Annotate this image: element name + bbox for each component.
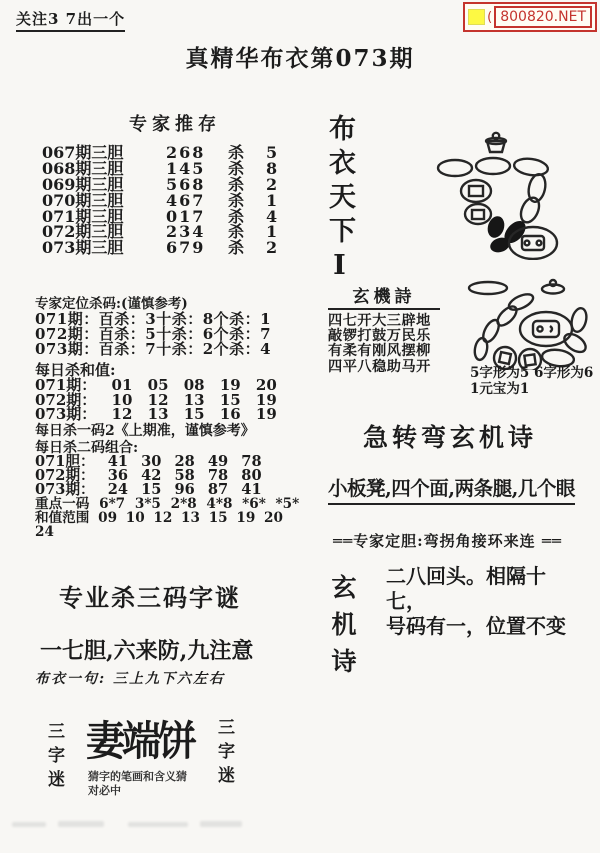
- mystery-poem-text: 二八回头。相隔十七， 号码有一，位置不变: [386, 564, 571, 639]
- kill-label: 杀: [228, 240, 266, 256]
- poem-line: 四平八稳助马开: [328, 360, 440, 375]
- three-char-riddle-label-right: 三字迷: [212, 718, 237, 790]
- sharp-turn-title: 急转弯玄机诗: [305, 418, 595, 454]
- coin-figure-seven: [424, 128, 566, 260]
- note-line: 猜字的笔画和含义猜: [88, 770, 187, 784]
- caption-line: 1元宝为1: [470, 382, 593, 398]
- mystery-line: 号码有一，位置不变: [386, 614, 571, 639]
- print-artifact: [200, 821, 242, 827]
- table-row: 073期三胆 679 杀 2: [42, 240, 292, 256]
- position-kill-row: 073期：百杀：7十杀：2个杀：4: [35, 342, 310, 357]
- three-char-riddle-label-left: 三字迷: [42, 722, 67, 794]
- brand-vertical-title: 布衣天下I: [320, 114, 359, 288]
- yellow-square-icon: [468, 9, 485, 25]
- daily-sum-kill-row: 073期： 12 13 15 16 19: [35, 407, 310, 422]
- kill-number: 2: [266, 240, 292, 256]
- poem-line: 四七开大三辟地: [328, 314, 440, 329]
- xuanji-poem-header: 玄機詩: [328, 282, 440, 310]
- figure-caption: 5字形为5 6字形为6 1元宝为1: [470, 366, 593, 397]
- expert-recommend-header: 专家推存: [90, 110, 260, 136]
- expert-recommend-table: 067期三胆 268 杀 5 068期三胆 145 杀 8 069期三胆 568…: [42, 145, 292, 256]
- kill-three-title: 专业杀三码字谜: [30, 578, 270, 613]
- kill-three-riddle: 一七胆,六来防,九注意: [40, 634, 280, 665]
- print-artifact: [12, 822, 46, 827]
- site-url-label: 800820.NET: [494, 6, 592, 28]
- period-cell: 073期三胆: [42, 240, 166, 256]
- expert-banner: ══专家定胆:弯拐角接环来连 ══: [300, 530, 595, 551]
- poem-line: 有柔有刚风摆柳: [328, 344, 440, 359]
- number-cell: 679: [166, 240, 228, 256]
- mystery-poem-vertical-label: 玄机诗: [324, 574, 360, 685]
- caption-line: 5字形为5 6字形为6: [470, 366, 593, 382]
- daily-one-kill-line: 每日杀一码2《上期准，谨慎参考》: [35, 423, 310, 439]
- print-artifact: [58, 821, 104, 827]
- attention-note: 关注3 7出一个: [16, 8, 125, 32]
- note-line: 对必中: [88, 784, 187, 798]
- buyi-sentence: 布衣一句: 三上九下六左右: [35, 668, 225, 688]
- sum-range-line: 和值范围 09 10 12 13 15 19 20 24: [35, 511, 310, 525]
- page-title: 真精华布衣第073期: [0, 40, 600, 73]
- mystery-line: 二八回头。相隔十七，: [386, 564, 571, 614]
- badge-partial-glyph: (: [487, 11, 492, 24]
- print-artifact: [128, 822, 188, 827]
- coin-figure-five-six: [458, 278, 596, 370]
- site-badge[interactable]: ( 800820.NET: [463, 2, 597, 32]
- xuanji-poem: 玄機詩 四七开大三辟地 敲锣打鼓万民乐 有柔有刚风摆柳 四平八稳助马开: [328, 282, 440, 375]
- key-one-code-line: 重点一码 6*7 3*5 2*8 4*8 *6* *5*: [35, 497, 310, 511]
- sharp-turn-riddle: 小板凳,四个面,两条腿,几个眼: [328, 473, 575, 505]
- lottery-tip-sheet: 关注3 7出一个 ( 800820.NET 真精华布衣第073期 专家推存 06…: [0, 0, 600, 853]
- three-char-riddle-chars: 妻端饼: [86, 709, 194, 768]
- daily-two-kill-row: 073期： 24 15 96 87 41: [35, 483, 310, 497]
- kill-sections: 专家定位杀码:(谨慎参考) 071期：百杀：3十杀：8个杀：1 072期：百杀：…: [35, 296, 310, 525]
- three-char-riddle-note: 猜字的笔画和含义猜 对必中: [88, 770, 187, 798]
